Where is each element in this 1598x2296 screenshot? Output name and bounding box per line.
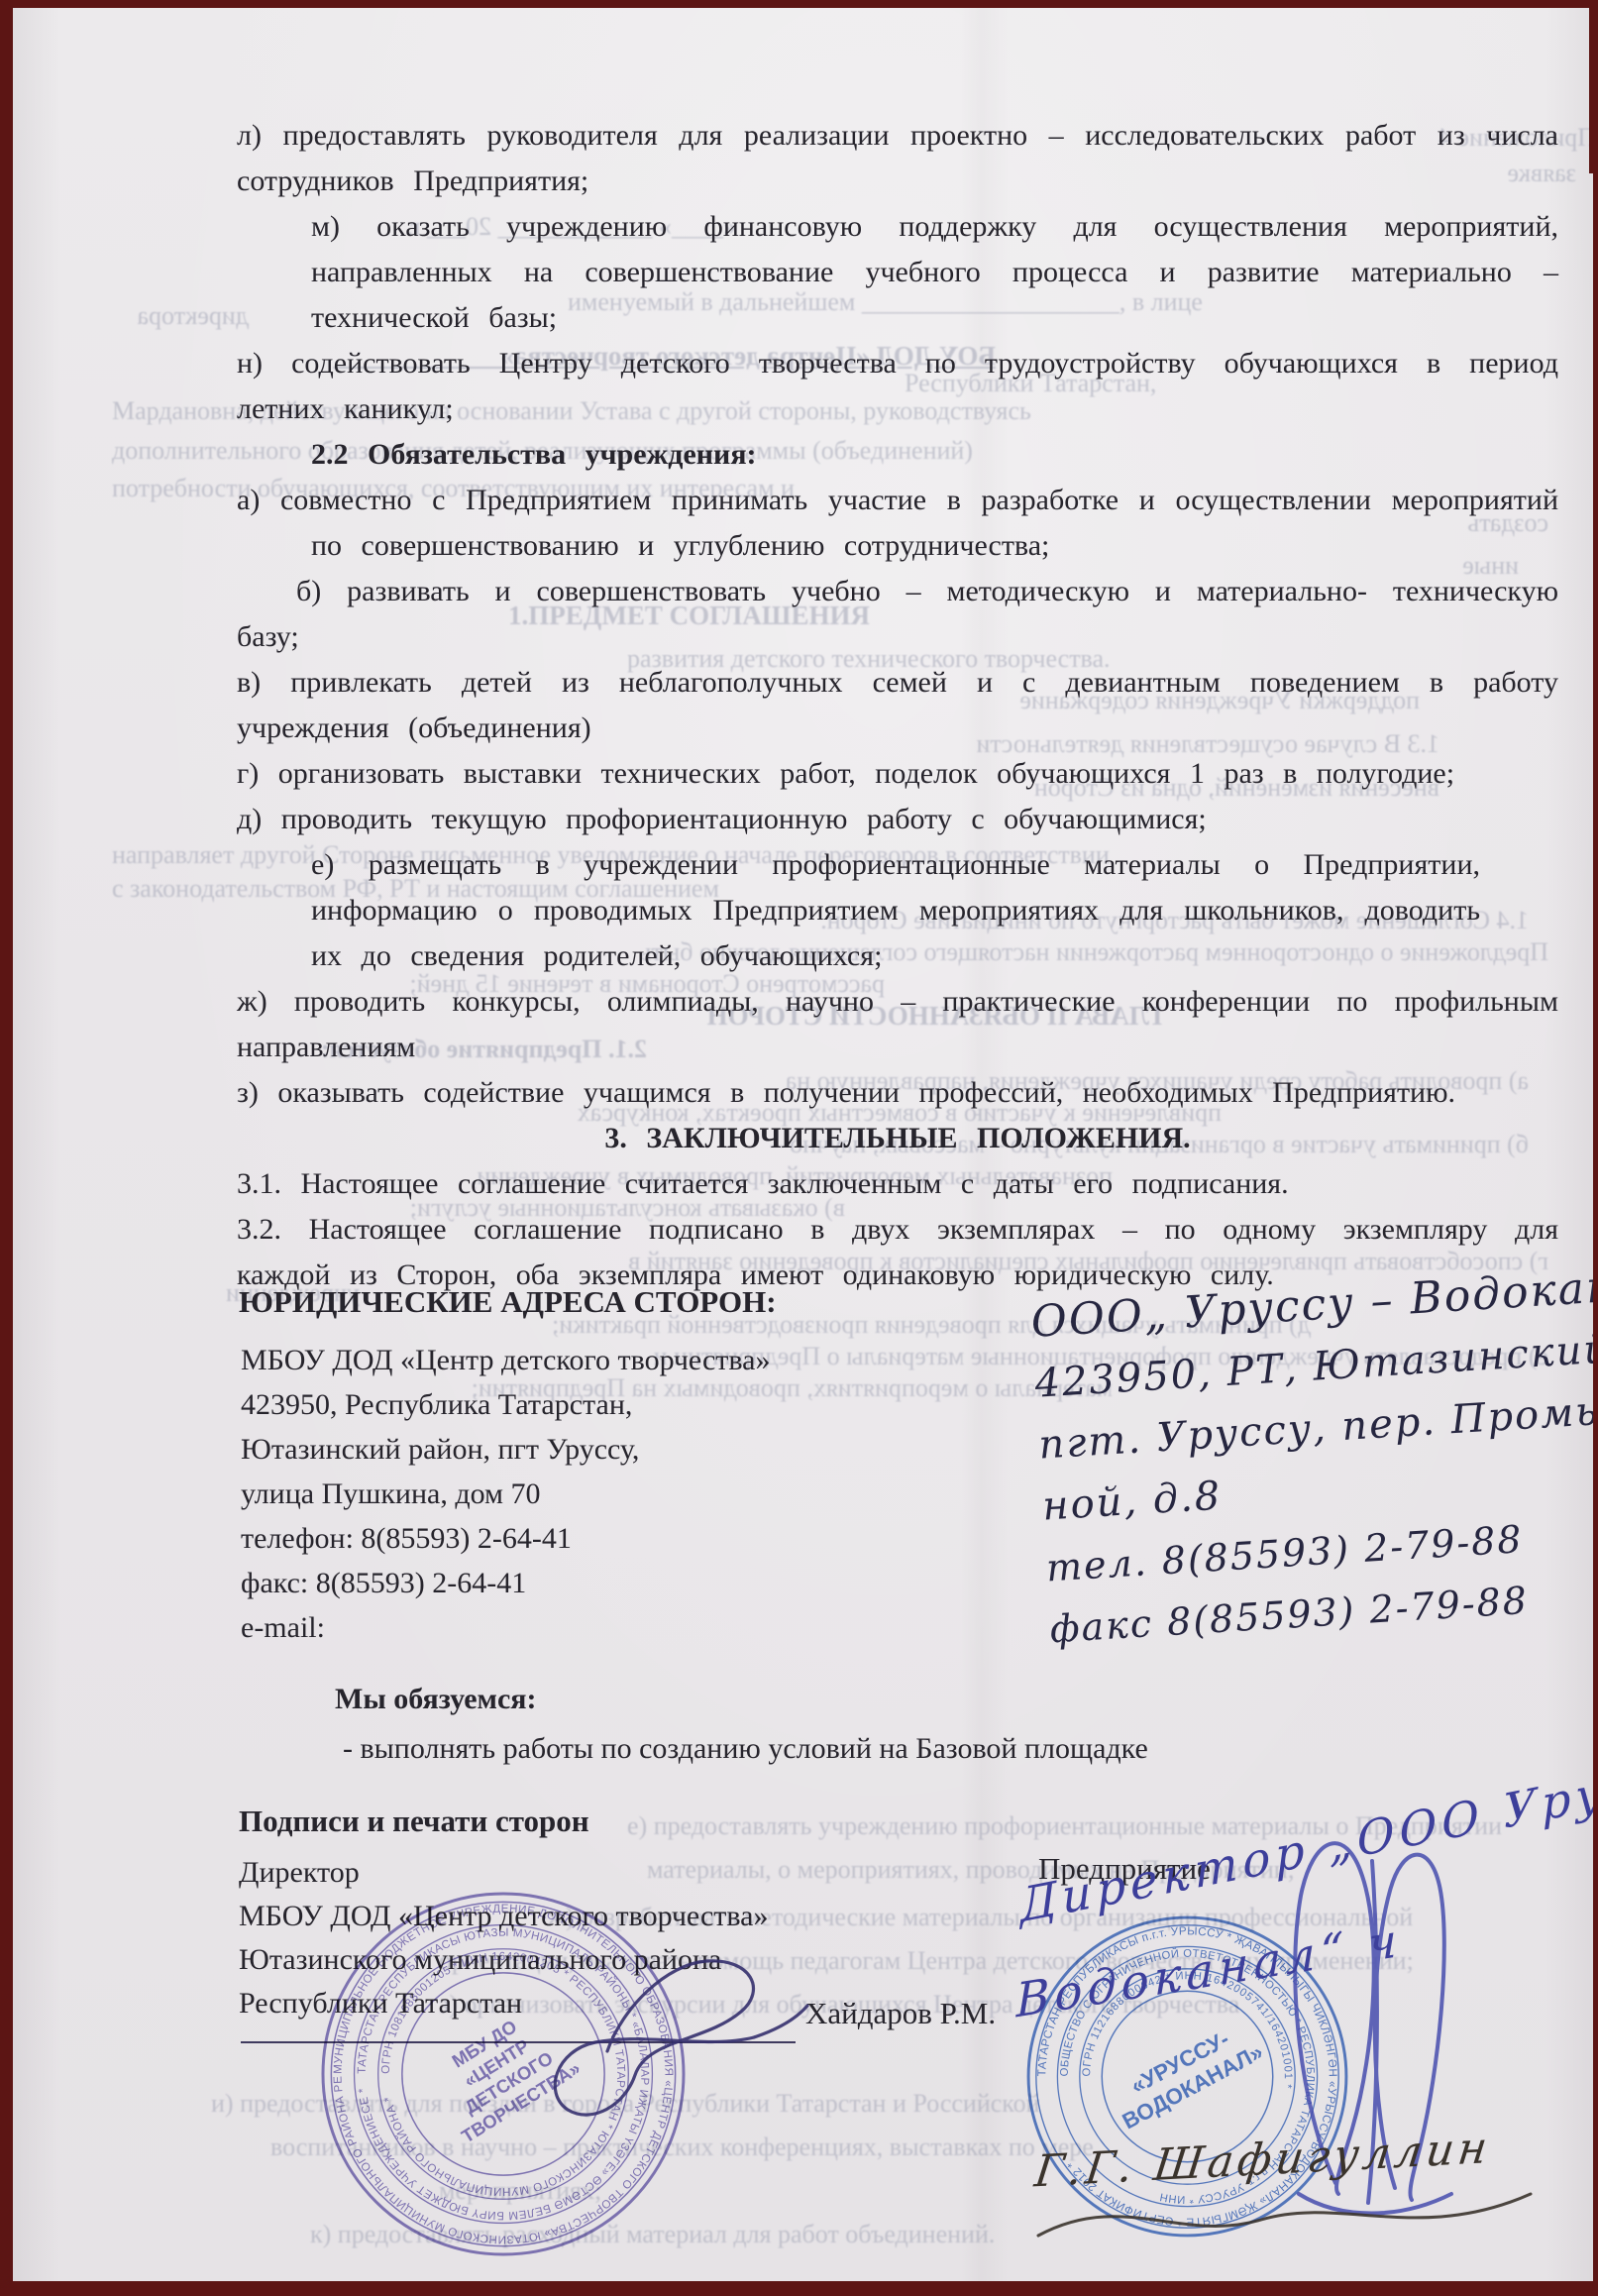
institution-address-line: Ютазинский район, пгт Уруссу,: [241, 1427, 771, 1472]
scanned-document: Приложение 4заявке«____» ____________ 20…: [0, 0, 1598, 2296]
we-commit-line: - выполнять работы по созданию условий н…: [343, 1732, 1148, 1766]
body-paragraph: 2.2 Обязательства учреждения:: [237, 432, 1558, 478]
institution-address-line: улица Пушкина, дом 70: [241, 1472, 771, 1516]
body-paragraph: ж) проводить конкурсы, олимпиады, научно…: [237, 979, 1558, 1070]
body-paragraph: з) оказывать содействие учащимся в получ…: [237, 1070, 1558, 1116]
body-paragraph: 3. ЗАКЛЮЧИТЕЛЬНЫЕ ПОЛОЖЕНИЯ.: [237, 1116, 1558, 1161]
body-paragraph: л) предоставлять руководителя для реализ…: [237, 113, 1558, 204]
enterprise-handwritten-address: ООО„ Уруссу – Водоканал423950, РТ, Ютази…: [1029, 1249, 1593, 1660]
bleedthrough-line: директора: [70, 301, 249, 331]
body-paragraph: а) совместно с Предприятием принимать уч…: [237, 478, 1558, 569]
institution-address-line: телефон: 8(85593) 2-64-41: [241, 1516, 771, 1561]
institution-address-line: МБОУ ДОД «Центр детского творчества»: [241, 1338, 771, 1382]
scan-border-corner: [1589, 0, 1598, 173]
institution-stamp: МУНИЦИПАЛЬНОЕ БЮДЖЕТНОЕ УЧРЕЖДЕНИЕ ДОПОЛ…: [310, 1881, 696, 2267]
director-name: Хайдаров Р.М.: [805, 1996, 996, 2031]
we-commit-heading: Мы обязуемся:: [335, 1683, 537, 1716]
institution-stamp-center: МБУ ДО «ЦЕНТР ДЕТСКОГО ТВОРЧЕСТВА»: [421, 1999, 584, 2146]
body-paragraph: д) проводить текущую профориентационную …: [237, 797, 1558, 842]
institution-address-line: факс: 8(85593) 2-64-41: [241, 1561, 771, 1605]
body-text-column: л) предоставлять руководителя для реализ…: [237, 113, 1558, 1298]
body-paragraph: н) содействовать Центру детского творчес…: [237, 341, 1558, 432]
body-paragraph: 3.1. Настоящее соглашение считается закл…: [237, 1161, 1558, 1207]
enterprise-stamp-center: «УРУССУ- ВОДОКАНАЛ»: [1106, 2015, 1267, 2133]
document-page: Приложение 4заявке«____» ____________ 20…: [13, 8, 1593, 2281]
body-paragraph: б) развивать и совершенствовать учебно –…: [237, 569, 1558, 660]
institution-address-line: e-mail:: [241, 1605, 771, 1650]
institution-address-block: МБОУ ДОД «Центр детского творчества»4239…: [241, 1338, 771, 1650]
body-paragraph: в) привлекать детей из неблагополучных с…: [237, 660, 1558, 751]
legal-addresses-heading: ЮРИДИЧЕСКИЕ АДРЕСА СТОРОН:: [239, 1284, 777, 1320]
body-paragraph: г) организовать выставки технических раб…: [237, 751, 1558, 797]
institution-address-line: 423950, Республика Татарстан,: [241, 1382, 771, 1427]
body-paragraph: е) размещать в учреждении профориентацио…: [237, 842, 1480, 979]
body-paragraph: м) оказать учреждению финансовую поддерж…: [237, 204, 1558, 341]
signatures-heading: Подписи и печати сторон: [239, 1804, 589, 1839]
